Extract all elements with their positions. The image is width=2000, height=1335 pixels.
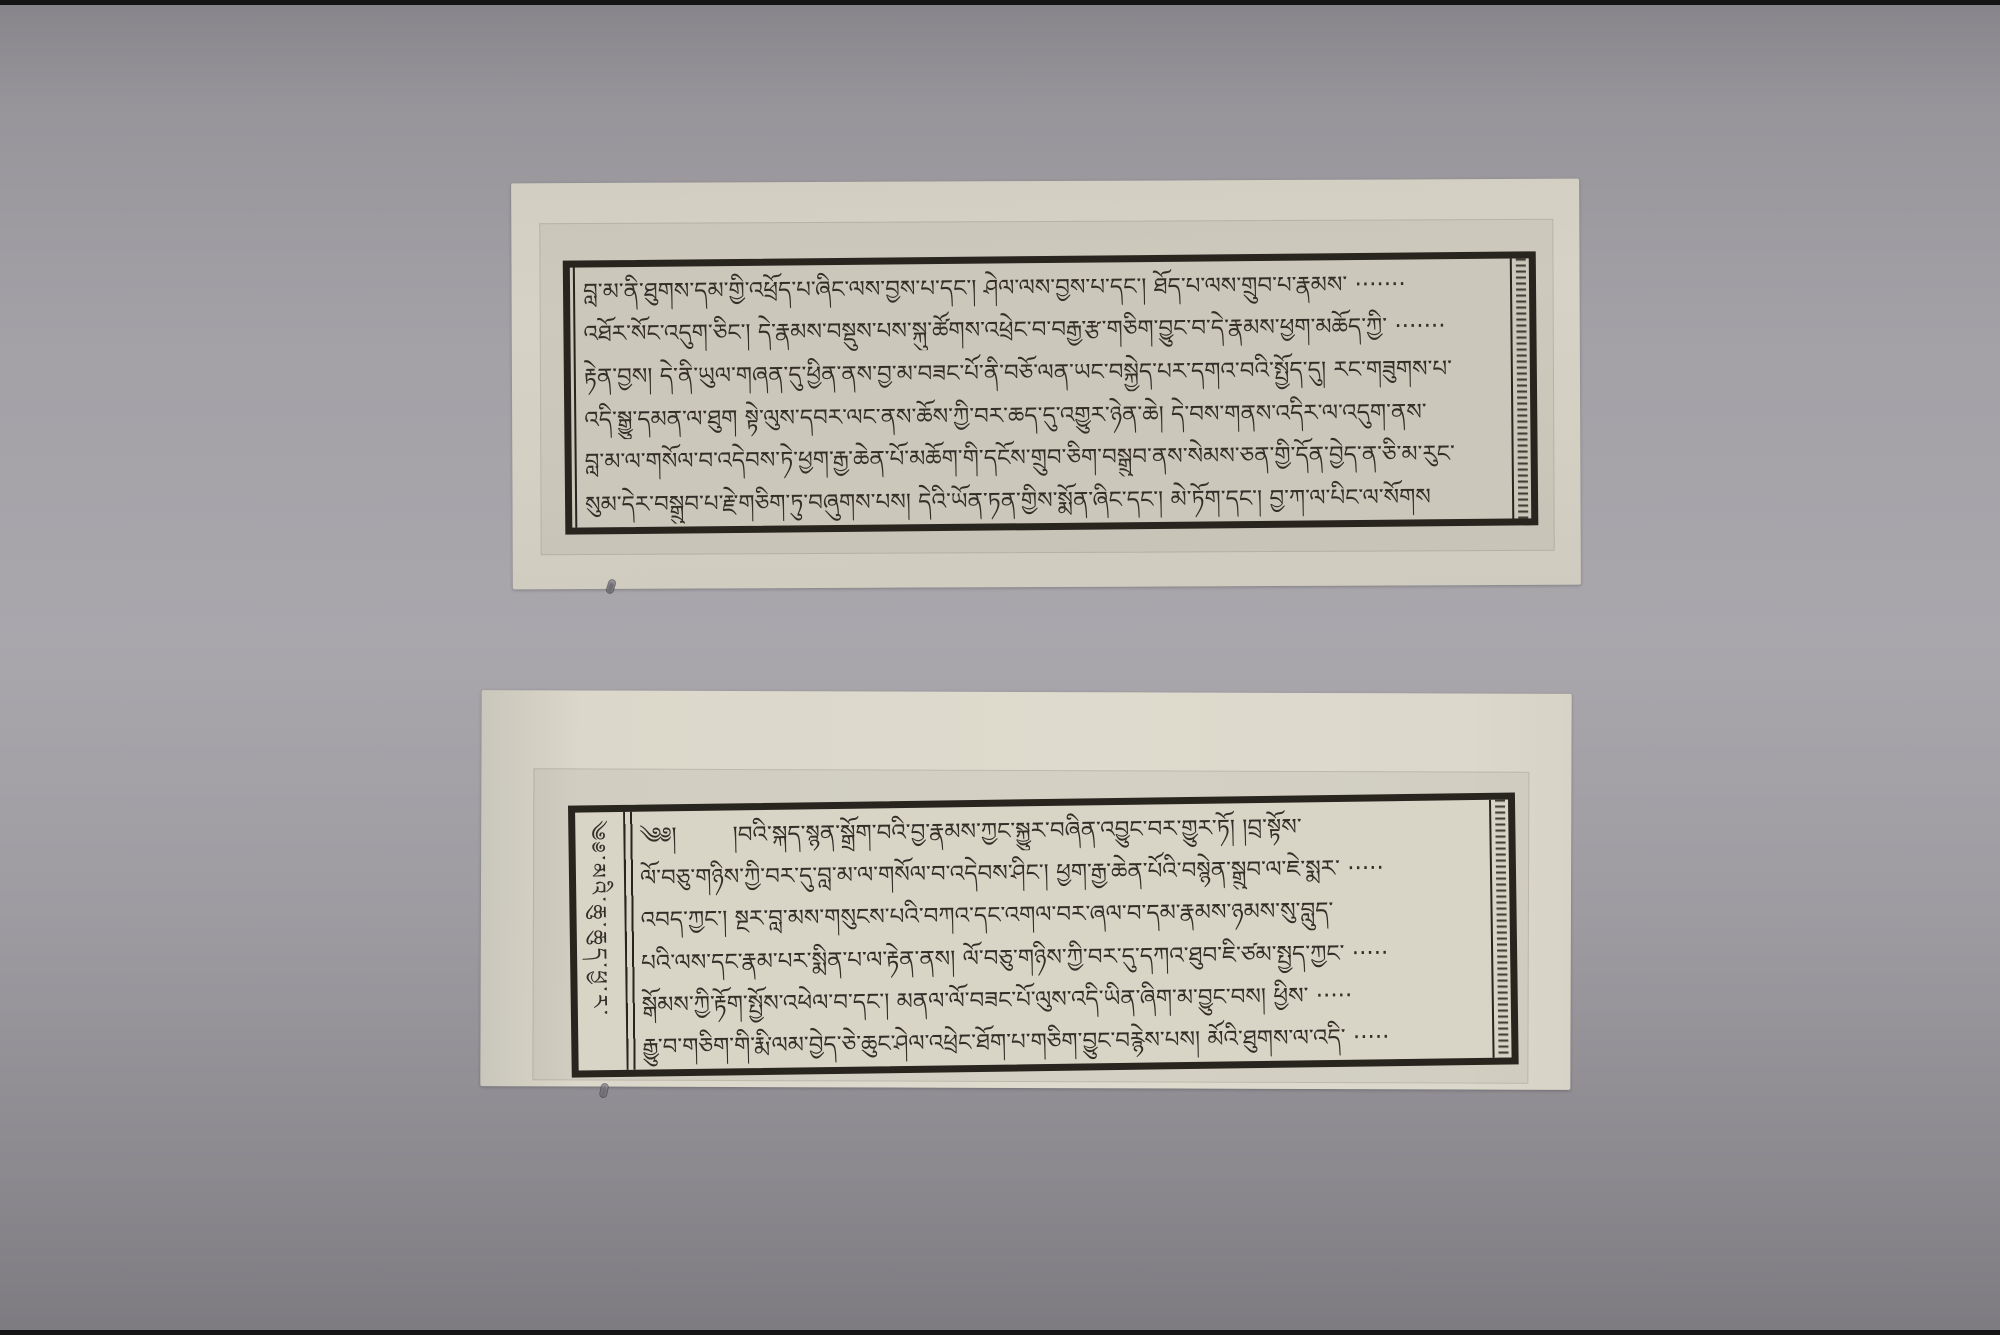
text-line: བླ་མ་ནི་ཐུགས་དམ་གྱི་འཕྲོད་པ་ཞིང་ལས་བྱས་པ…	[583, 261, 1503, 311]
photograph: བླ་མ་ནི་ཐུགས་དམ་གྱི་འཕྲོད་པ་ཞིང་ལས་བྱས་པ…	[0, 0, 2000, 1335]
text-line: འདི་སྒྱུ་དམན་ལ་ཐུག སྟེ་ལུས་དབར་ལང་ནས་ཆོས…	[584, 389, 1504, 439]
right-margin-strip	[1510, 258, 1531, 518]
right-margin-strip	[1489, 800, 1512, 1058]
manuscript-leaf-top: བླ་མ་ནི་ཐུགས་དམ་གྱི་འཕྲོད་པ་ཞིང་ལས་བྱས་པ…	[511, 179, 1581, 590]
manuscript-leaf-bottom: ༄༅་མའི་ཆུ་ཆུད་ཕྱ་ར་ ༄༅།།བའི་སྐད་སྙན་སྒྲོ…	[480, 690, 1571, 1090]
inner-left-rule	[573, 268, 577, 528]
mount-pin	[600, 1084, 609, 1098]
text-frame: བླ་མ་ནི་ཐུགས་དམ་གྱི་འཕྲོད་པ་ཞིང་ལས་བྱས་པ…	[563, 251, 1539, 534]
text-line: སུམ་དེར་བསྒྲུབ་པ་རྗེ་གཅིག་ཏུ་བཞུགས་པས། ད…	[585, 475, 1505, 525]
text-block: ༄༅།།བའི་སྐད་སྙན་སྒྲོག་བའི་བྱ་རྣམས་ཀྱང་སྐ…	[639, 802, 1485, 1068]
top-black-bar	[0, 0, 2000, 5]
text-line: བླ་མ་ལ་གསོལ་བ་འདེབས་ཏེ་ཕྱག་རྒྱ་ཆེན་པོ་མཆ…	[584, 432, 1504, 482]
text-line: འཐོར་སོང་འདུག་ཅིང་། དེ་རྣམས་བསྡུས་པས་སྐུ…	[583, 304, 1503, 354]
margin-vertical-label: ༄༅་མའི་ཆུ་ཆུད་ཕྱ་ར་	[575, 820, 622, 1071]
text-line-content: །བའི་སྐད་སྙན་སྒྲོག་བའི་བྱ་རྣམས་ཀྱང་སྐྱུར…	[733, 814, 1302, 848]
margin-double-rule	[623, 812, 638, 1070]
left-margin-column: ༄༅་མའི་ཆུ་ཆུད་ཕྱ་ར་	[575, 812, 627, 1071]
bottom-black-bar	[0, 1330, 2000, 1335]
text-block: བླ་མ་ནི་ཐུགས་དམ་གྱི་འཕྲོད་པ་ཞིང་ལས་བྱས་པ…	[583, 261, 1505, 526]
text-frame: ༄༅་མའི་ཆུ་ཆུད་ཕྱ་ར་ ༄༅།།བའི་སྐད་སྙན་སྒྲོ…	[568, 792, 1519, 1077]
text-line: རྟེན་བྱས། དེ་ནི་ཡུལ་གཞན་དུ་ཕྱིན་ནས་བྱ་མ་…	[584, 347, 1504, 397]
yig-mgo-opening-mark: ༄༅།	[639, 814, 677, 856]
